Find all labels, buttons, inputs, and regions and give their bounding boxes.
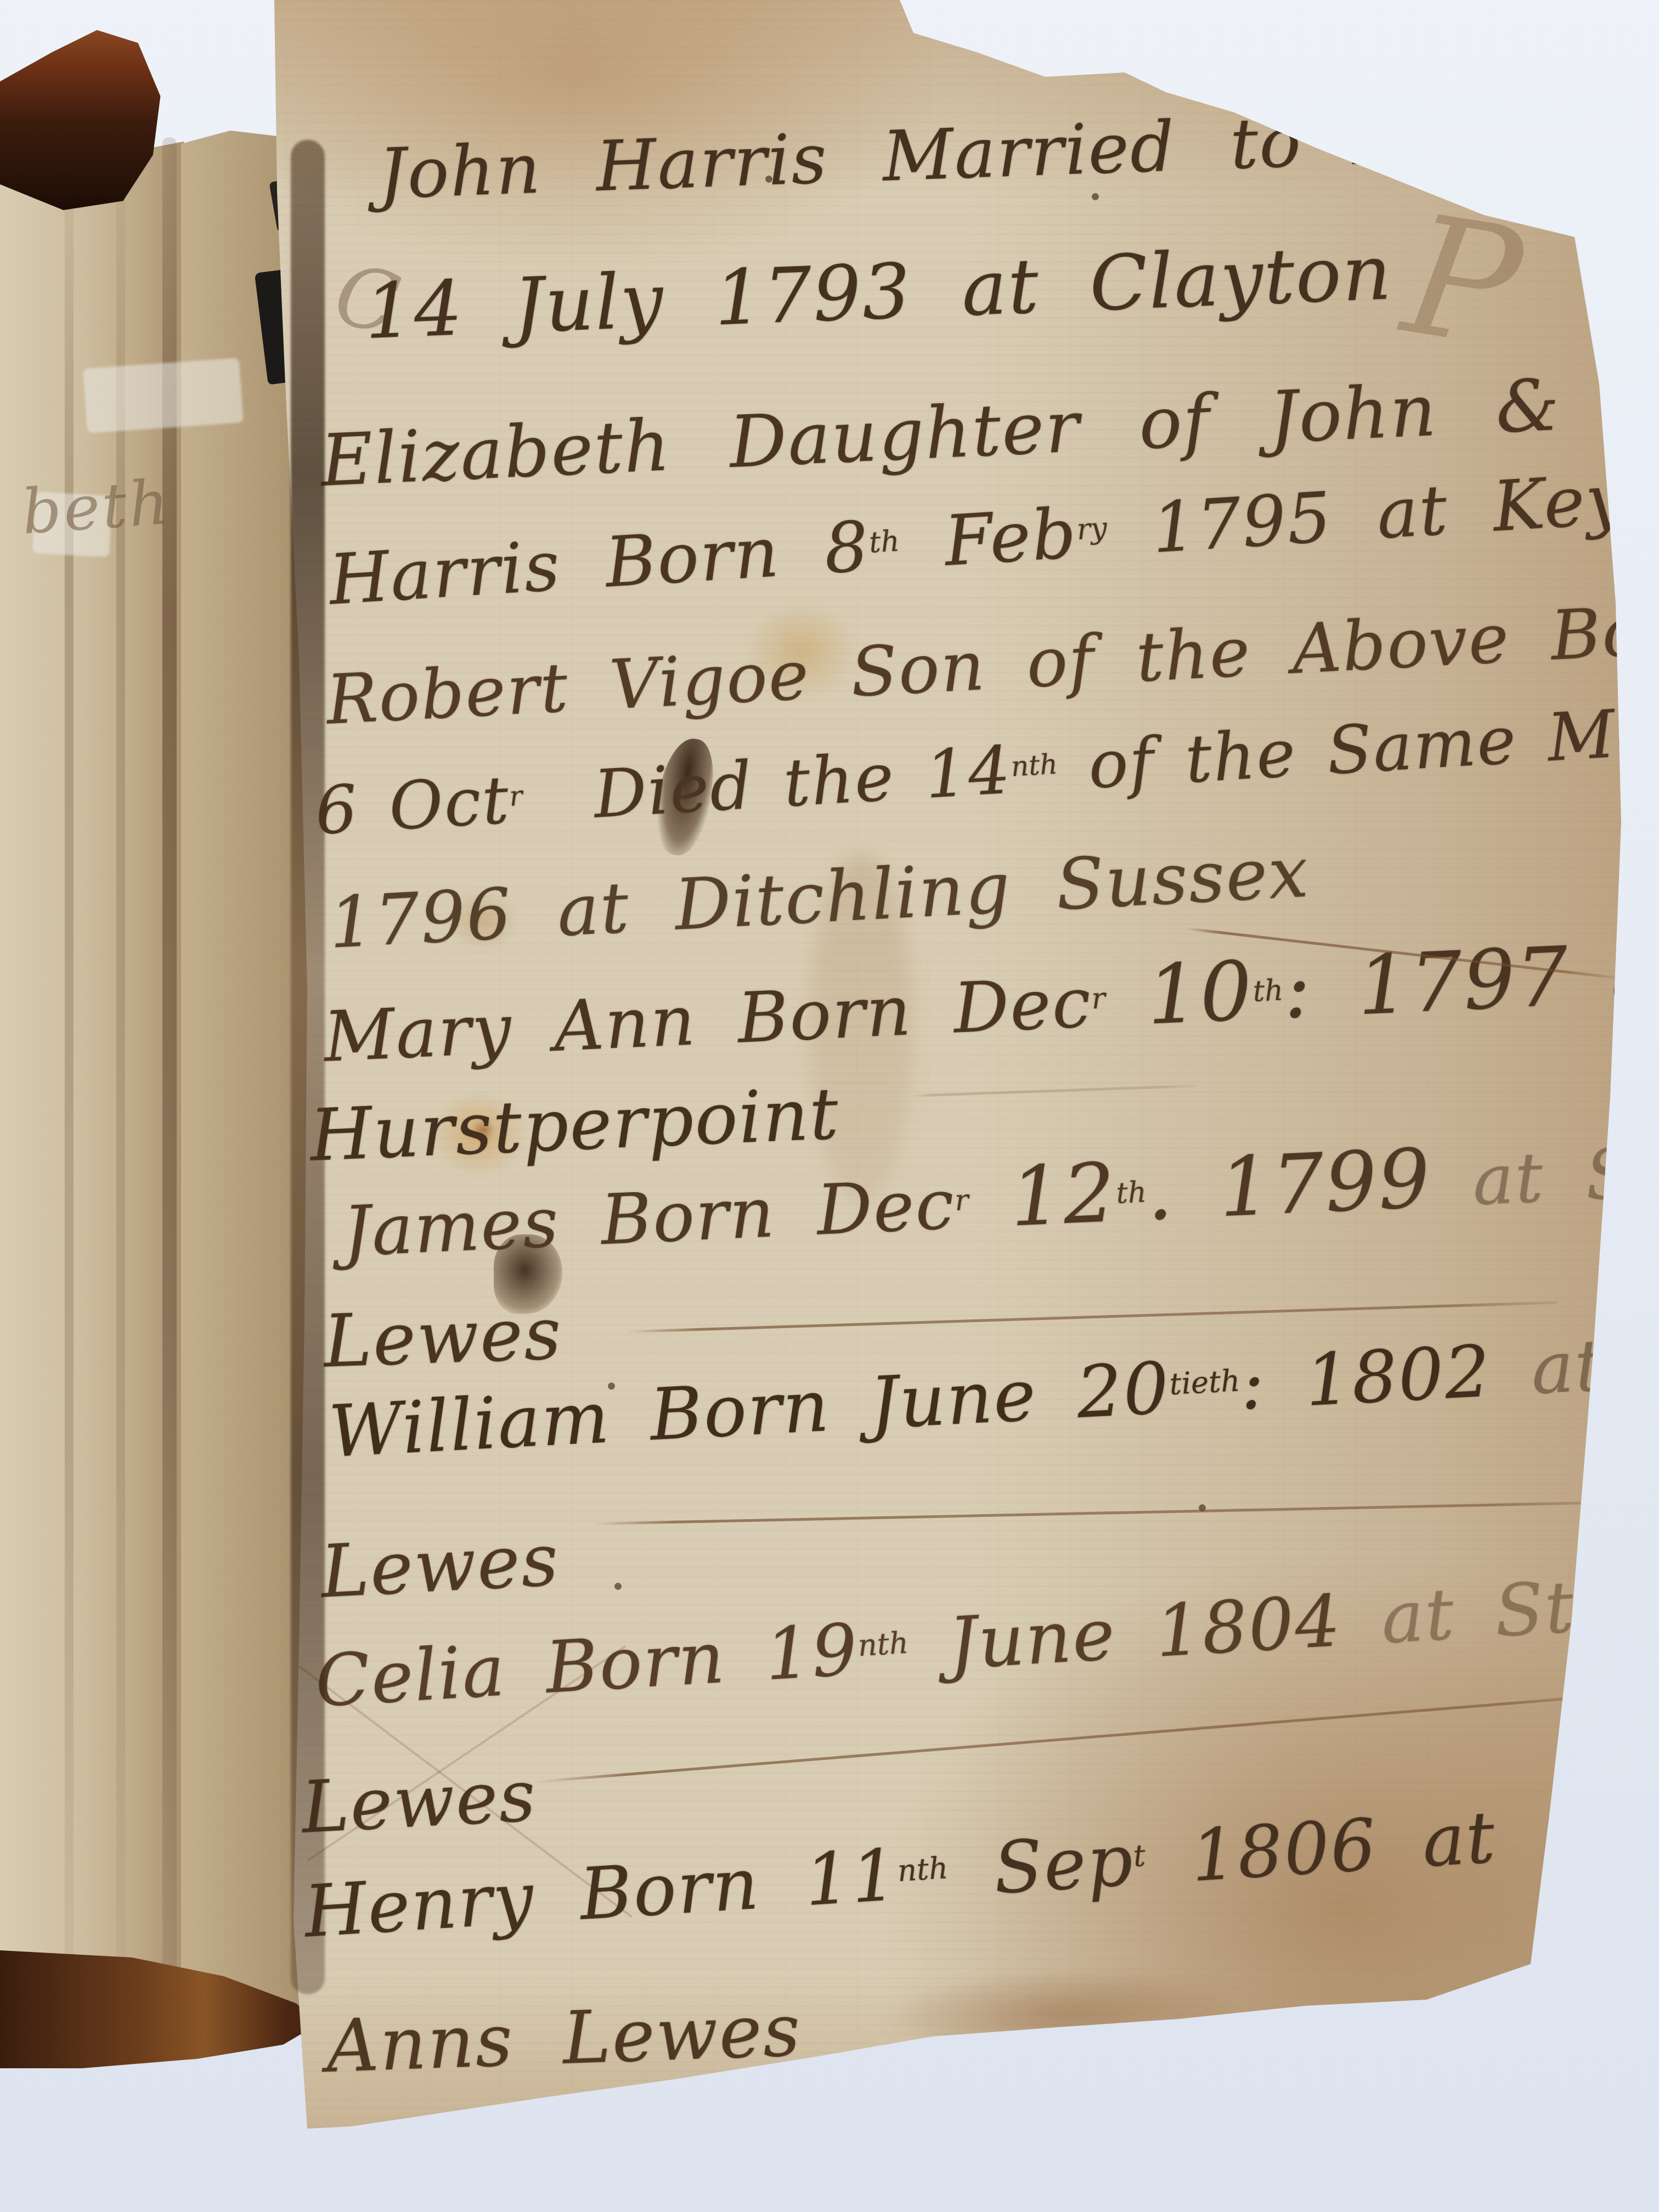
handwriting-line-lewes-3: Lewes [300,1760,538,1843]
paper-crease [65,165,74,2002]
handwriting-line-anns-lewes: Anns Lewes [325,1994,803,2083]
ink-speck [614,1583,622,1590]
torn-page-stub-left [0,0,184,2212]
paper-crease [116,165,125,2002]
handwriting-line-hurstpierpoint: Hurstperpoint [308,1078,840,1171]
tape-repair [83,358,244,433]
handwriting-line-lewes-2: Lewes [319,1523,561,1609]
handwriting-line-lewes-1: Lewes [323,1297,563,1378]
ink-speck [1092,193,1099,200]
gutter-shadow [291,140,325,1994]
photo-of-book-page: beth P C John Harris Married to Ann Port… [0,0,1659,2212]
gutter-ghost-text: beth [20,467,173,549]
